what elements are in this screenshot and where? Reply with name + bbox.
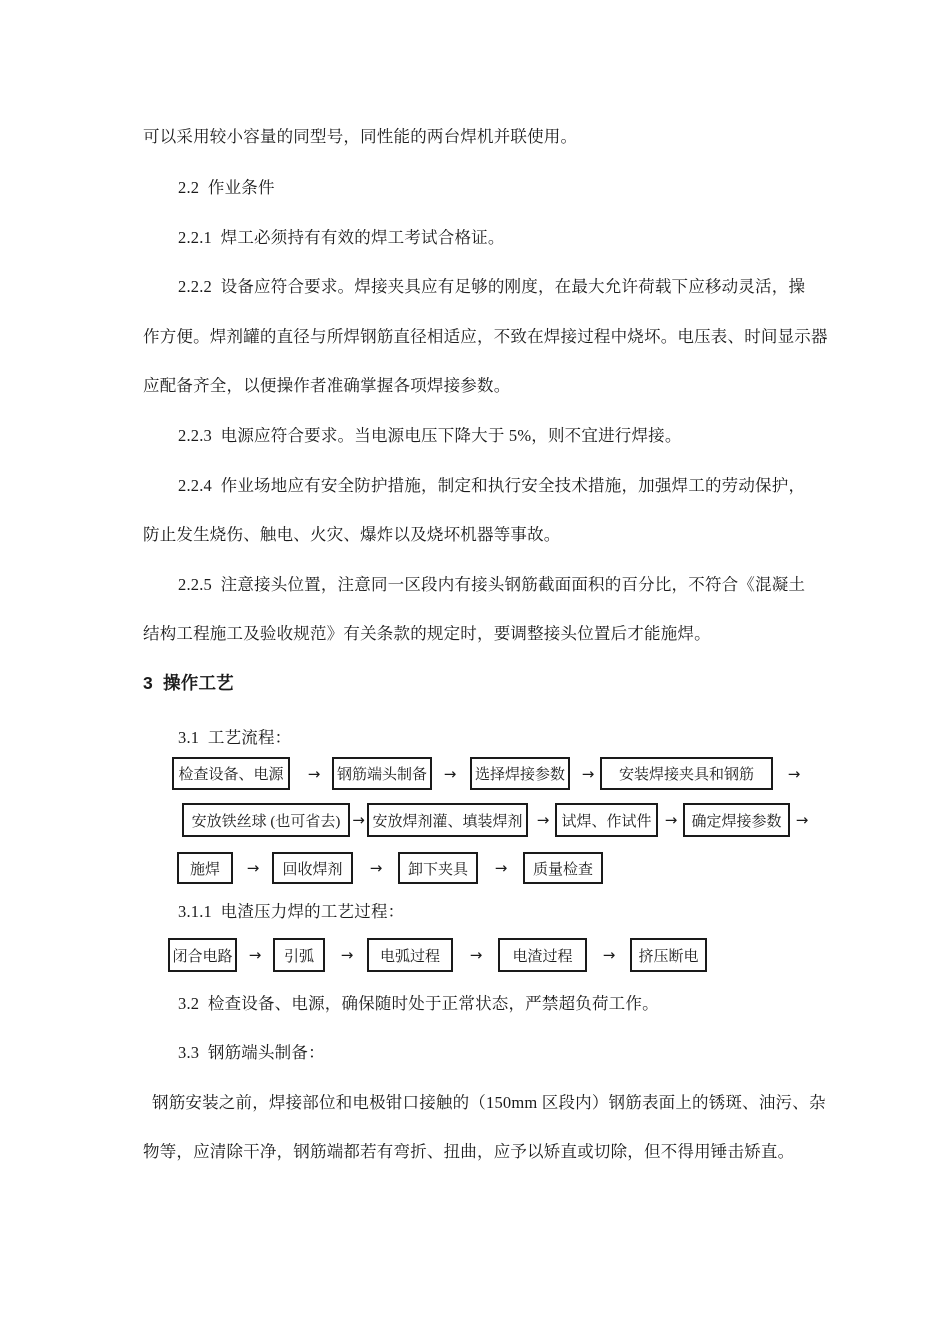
flow-arrow-icon: → bbox=[659, 803, 683, 837]
flow-arrow-icon: → bbox=[483, 852, 519, 884]
item-2-2-5-line-1: 2.2.5 注意接头位置，注意同一区段内有接头钢筋截面面积的百分比，不符合《混凝… bbox=[178, 573, 805, 596]
flow-step-box: 确定焊接参数 bbox=[683, 803, 790, 837]
item-2-2-2-line-3: 应配备齐全，以便操作者准确掌握各项焊接参数。 bbox=[143, 374, 510, 397]
paragraph-rebar-prep-line-2: 物等，应清除干净，钢筋端都若有弯折、扭曲，应予以矫直或切除，但不得用锤击矫直。 bbox=[143, 1140, 794, 1163]
flowchart-main-row-3: 施焊 → 回收焊剂 → 卸下夹具 → 质量检查 bbox=[0, 852, 950, 884]
document-page: 可以采用较小容量的同型号，同性能的两台焊机并联使用。 2.2 作业条件 2.2.… bbox=[0, 0, 950, 1344]
flow-step-box: 回收焊剂 bbox=[272, 852, 353, 884]
flow-step-box: 电弧过程 bbox=[367, 938, 453, 972]
flow-step-box: 安装焊接夹具和钢筋 bbox=[600, 757, 773, 790]
heading-3-operation-process: 3 操作工艺 bbox=[143, 672, 234, 695]
item-2-2-2-line-1: 2.2.2 设备应符合要求。焊接夹具应有足够的刚度，在最大允许荷载下应移动灵活，… bbox=[178, 275, 805, 298]
flow-arrow-icon: → bbox=[330, 938, 364, 972]
flow-step-box: 引弧 bbox=[273, 938, 325, 972]
flow-arrow-icon: → bbox=[458, 938, 494, 972]
flowchart-main-row-2: 安放铁丝球 (也可省去) → 安放焊剂灌、填装焊剂 → 试焊、作试件 → 确定焊… bbox=[0, 803, 950, 837]
flow-arrow-icon: → bbox=[240, 938, 270, 972]
paragraph-rebar-prep-line-1: 钢筋安装之前，焊接部位和电极钳口接触的（150mm 区段内）钢筋表面上的锈斑、油… bbox=[152, 1091, 826, 1114]
item-2-2-2-line-2: 作方便。焊剂罐的直径与所焊钢筋直径相适应，不致在焊接过程中烧坏。电压表、时间显示… bbox=[143, 325, 828, 348]
flow-step-box: 质量检查 bbox=[523, 852, 603, 884]
flow-step-box: 选择焊接参数 bbox=[470, 757, 570, 790]
flow-arrow-icon: → bbox=[350, 803, 367, 837]
flow-step-box: 安放铁丝球 (也可省去) bbox=[182, 803, 350, 837]
flow-step-box: 施焊 bbox=[177, 852, 233, 884]
heading-2-2-working-conditions: 2.2 作业条件 bbox=[178, 176, 275, 199]
flow-step-box: 试焊、作试件 bbox=[555, 803, 658, 837]
flow-arrow-icon: → bbox=[358, 852, 394, 884]
flow-step-box: 挤压断电 bbox=[630, 938, 707, 972]
heading-3-1-1-weld-process: 3.1.1 电渣压力焊的工艺过程： bbox=[178, 900, 404, 923]
item-2-2-3: 2.2.3 电源应符合要求。当电源电压下降大于 5%，则不宜进行焊接。 bbox=[178, 424, 682, 447]
heading-3-3-rebar-end-prep: 3.3 钢筋端头制备： bbox=[178, 1041, 325, 1064]
flow-arrow-icon: → bbox=[238, 852, 268, 884]
flow-arrow-icon: → bbox=[531, 803, 555, 837]
flow-wrap-arrow-icon: → bbox=[790, 803, 814, 837]
flow-step-box: 卸下夹具 bbox=[398, 852, 478, 884]
item-2-2-1: 2.2.1 焊工必须持有有效的焊工考试合格证。 bbox=[178, 226, 505, 249]
flow-step-box: 检查设备、电源 bbox=[172, 757, 290, 790]
item-2-2-4-line-2: 防止发生烧伤、触电、火灾、爆炸以及烧坏机器等事故。 bbox=[143, 523, 561, 546]
item-3-2: 3.2 检查设备、电源，确保随时处于正常状态，严禁超负荷工作。 bbox=[178, 992, 659, 1015]
item-2-2-4-line-1: 2.2.4 作业场地应有安全防护措施，制定和执行安全技术措施，加强焊工的劳动保护… bbox=[178, 474, 805, 497]
flowchart-weld-process-row: 闭合电路 → 引弧 → 电弧过程 → 电渣过程 → 挤压断电 bbox=[0, 938, 950, 972]
flow-wrap-arrow-icon: → bbox=[780, 757, 808, 790]
flow-arrow-icon: → bbox=[436, 757, 464, 790]
flow-arrow-icon: → bbox=[300, 757, 328, 790]
flow-step-box: 闭合电路 bbox=[168, 938, 237, 972]
paragraph-welder-parallel: 可以采用较小容量的同型号，同性能的两台焊机并联使用。 bbox=[143, 125, 577, 148]
flow-step-box: 安放焊剂灌、填装焊剂 bbox=[367, 803, 528, 837]
flow-arrow-icon: → bbox=[592, 938, 626, 972]
item-2-2-5-line-2: 结构工程施工及验收规范》有关条款的规定时，要调整接头位置后才能施焊。 bbox=[143, 622, 711, 645]
flowchart-main-row-1: 检查设备、电源 → 钢筋端头制备 → 选择焊接参数 → 安装焊接夹具和钢筋 → bbox=[0, 757, 950, 790]
flow-arrow-icon: → bbox=[574, 757, 602, 790]
heading-3-1-process-flow: 3.1 工艺流程： bbox=[178, 726, 291, 749]
flow-step-box: 钢筋端头制备 bbox=[332, 757, 432, 790]
flow-step-box: 电渣过程 bbox=[498, 938, 587, 972]
